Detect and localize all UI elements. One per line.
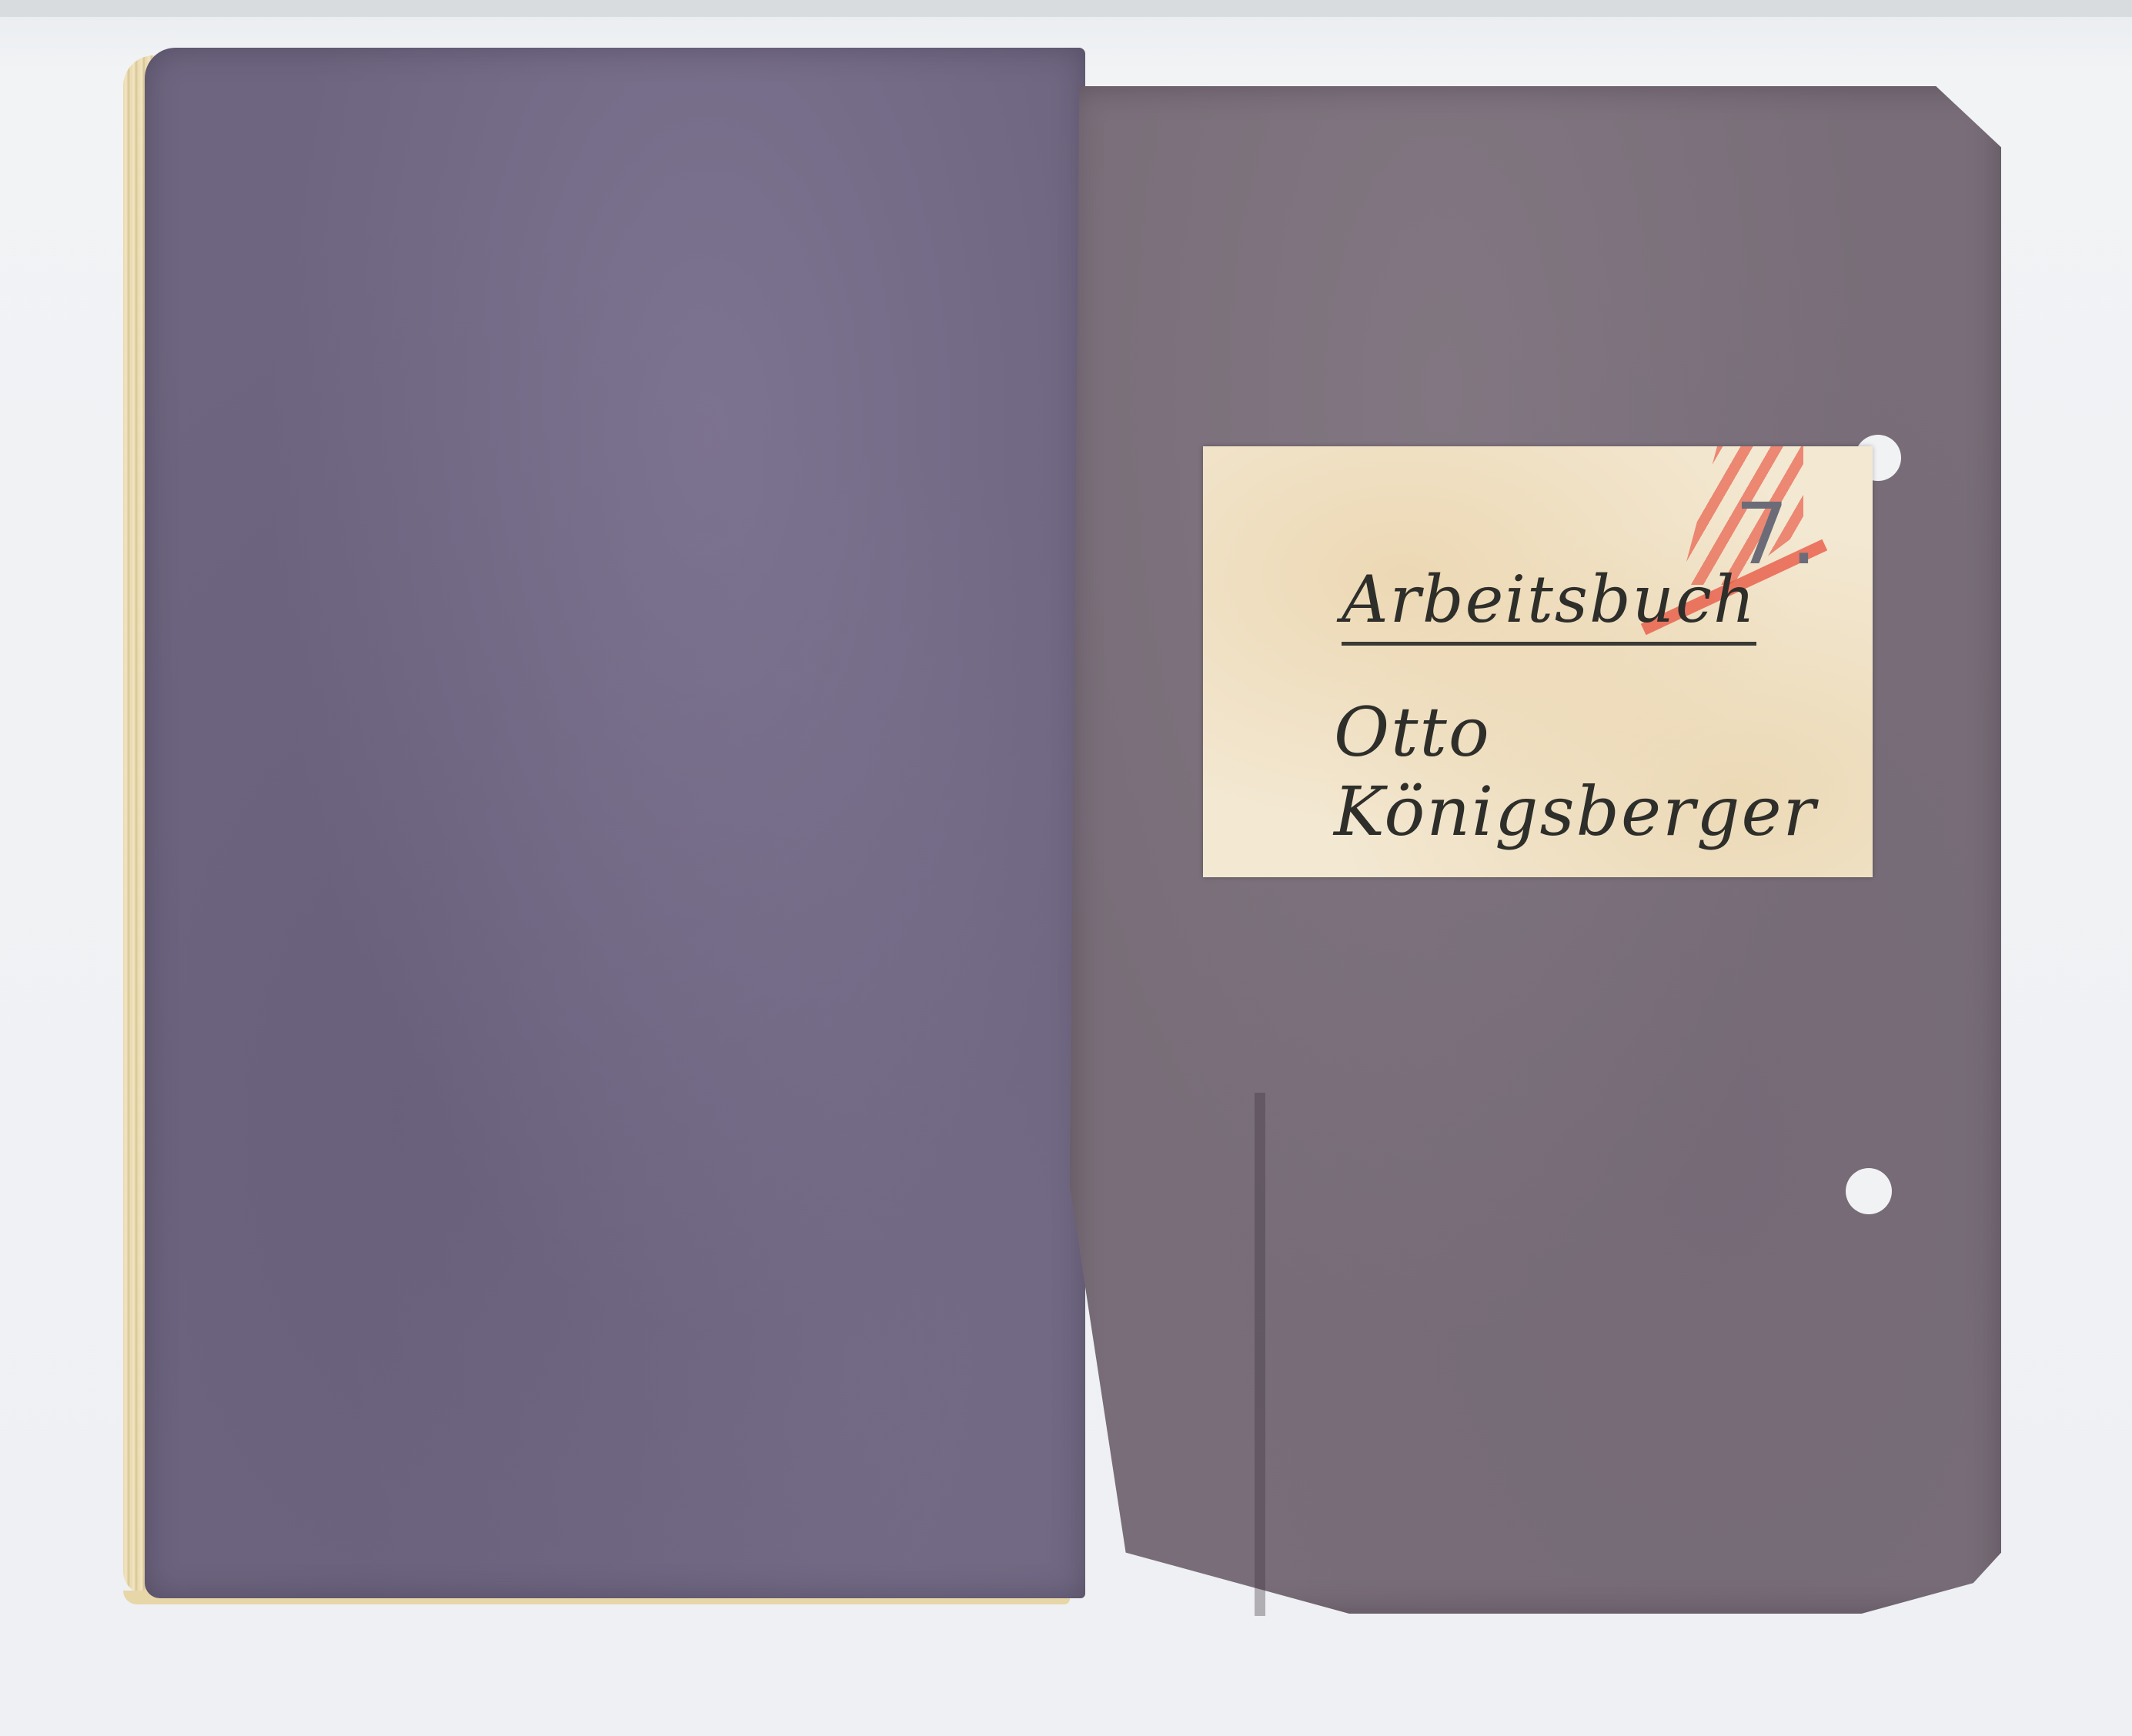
label-name: Otto Königsberger: [1334, 693, 1873, 851]
back-cover: [123, 48, 1085, 1602]
label-title: Arbeitsbuch: [1342, 562, 1756, 646]
paper-label: 7. Arbeitsbuch Otto Königsberger: [1203, 446, 1873, 877]
scan-edge: [0, 0, 2132, 17]
back-cover-board: [145, 48, 1085, 1598]
punch-hole-bottom: [1846, 1168, 1892, 1214]
cover-crease: [1255, 1093, 1265, 1616]
